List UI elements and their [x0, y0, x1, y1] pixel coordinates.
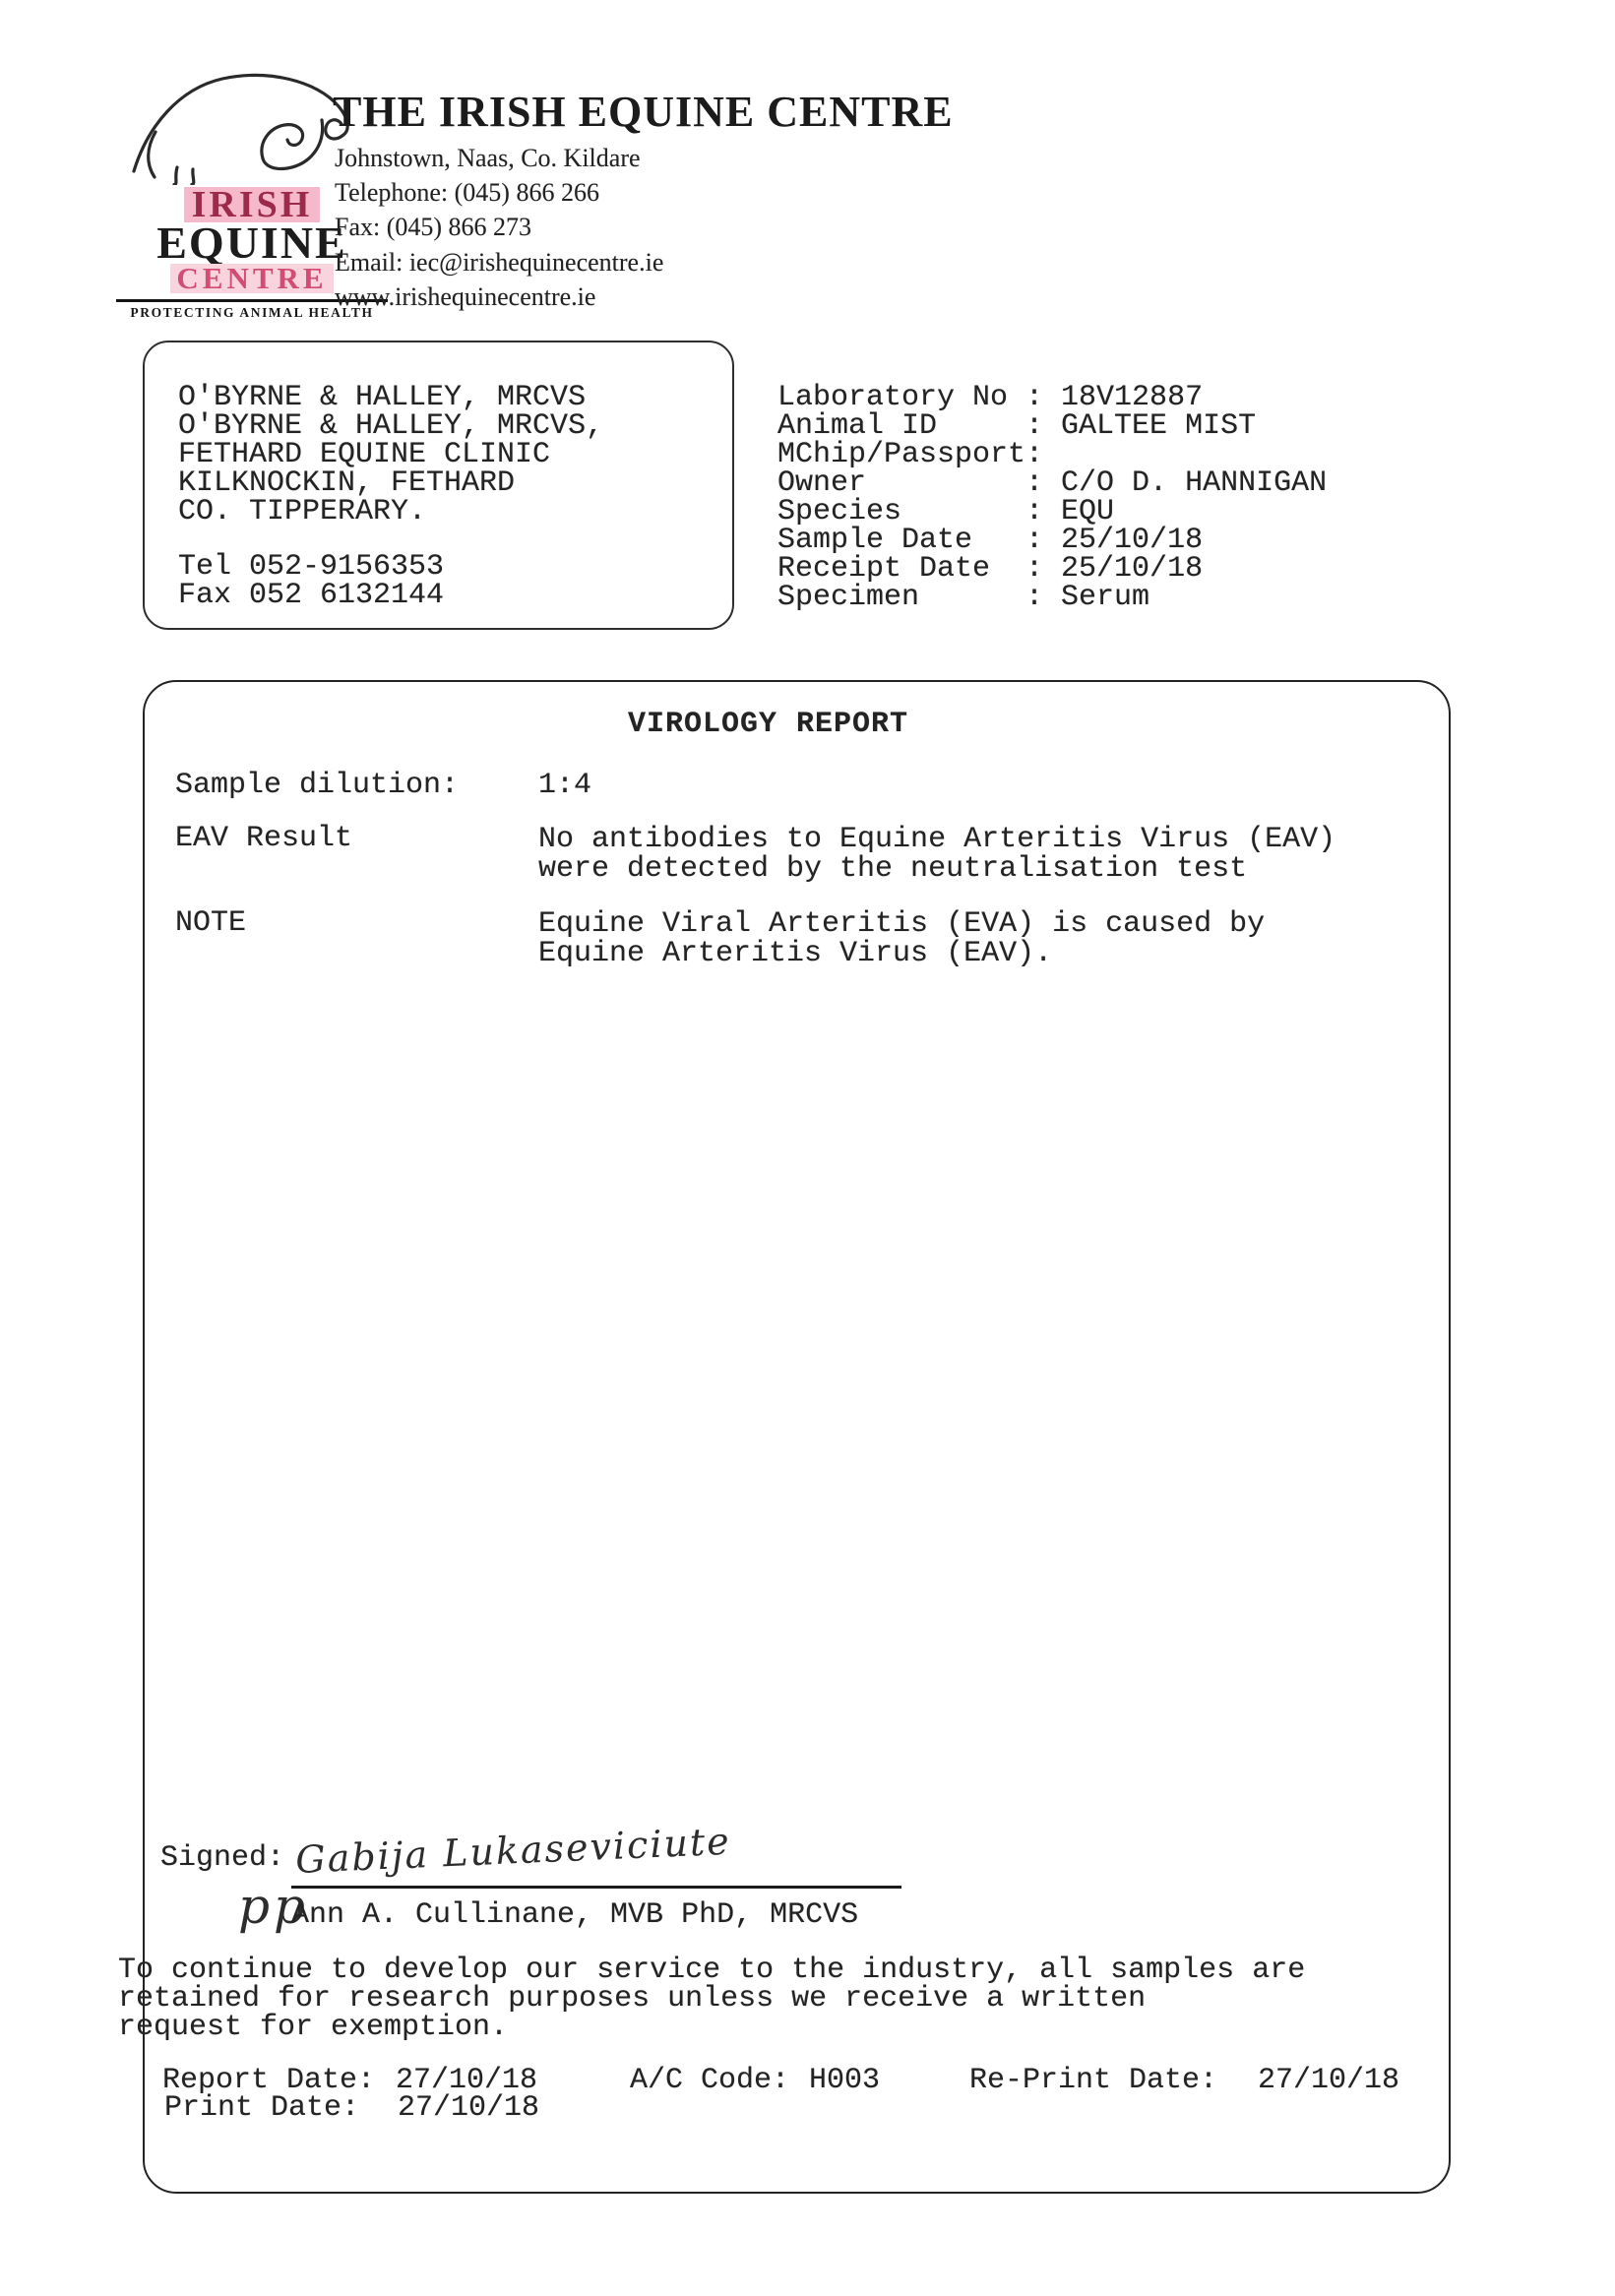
- disclaimer-line: To continue to develop our service to th…: [118, 1956, 1305, 1985]
- signatory-name-line: Ann A. Cullinane, MVB PhD, MRCVS: [291, 1901, 858, 1930]
- specimen-row: Specimen : Serum: [777, 584, 1149, 612]
- receipt-date-row: Receipt Date : 25/10/18: [777, 555, 1203, 584]
- client-address-line: FETHARD EQUINE CLINIC: [178, 441, 550, 469]
- disclaimer-line: request for exemption.: [118, 2014, 508, 2042]
- ac-code-label: A/C Code:: [630, 2067, 789, 2095]
- disclaimer-line: retained for research purposes unless we…: [118, 1985, 1146, 2014]
- note-row: NOTE Equine Viral Arteritis (EVA) is cau…: [175, 909, 1265, 968]
- client-address-line: KILKNOCKIN, FETHARD: [178, 469, 515, 498]
- print-date-label: Print Date:: [164, 2094, 359, 2123]
- org-address-line: Johnstown, Naas, Co. Kildare: [335, 144, 641, 173]
- species-row: Species : EQU: [777, 498, 1114, 527]
- org-email-line: Email: iec@irishequinecentre.ie: [335, 248, 663, 278]
- lab-number-row: Laboratory No : 18V12887: [777, 384, 1203, 412]
- organisation-name: THE IRISH EQUINE CENTRE: [333, 87, 954, 137]
- animal-id-row: Animal ID : GALTEE MIST: [777, 412, 1256, 441]
- note-text-line: Equine Viral Arteritis (EVA) is caused b…: [538, 909, 1265, 939]
- print-date-value: 27/10/18: [398, 2094, 539, 2123]
- org-website-line: www.irishequinecentre.ie: [335, 282, 595, 312]
- eav-result-text-line: No antibodies to Equine Arteritis Virus …: [538, 825, 1335, 854]
- ac-code-value: H003: [809, 2067, 880, 2095]
- org-fax-line: Fax: (045) 866 273: [335, 213, 531, 242]
- signed-label: Signed:: [160, 1844, 284, 1873]
- sample-date-row: Sample Date : 25/10/18: [777, 527, 1203, 555]
- client-address-line: CO. TIPPERARY.: [178, 498, 426, 527]
- mchip-passport-row: MChip/Passport:: [777, 441, 1043, 469]
- client-tel-line: Tel 052-9156353: [178, 553, 444, 582]
- note-text-line: Equine Arteritis Virus (EAV).: [538, 939, 1265, 968]
- eav-result-label: EAV Result: [175, 825, 538, 884]
- sample-dilution-row: Sample dilution: 1:4: [175, 772, 591, 800]
- virology-report-page: IRISH EQUINE CENTRE PROTECTING ANIMAL HE…: [0, 0, 1615, 2296]
- client-address-line: O'BYRNE & HALLEY, MRCVS: [178, 384, 586, 412]
- reprint-date-label: Re-Print Date:: [969, 2067, 1217, 2095]
- client-fax-line: Fax 052 6132144: [178, 582, 444, 610]
- org-telephone-line: Telephone: (045) 866 266: [335, 178, 599, 208]
- reprint-date-value: 27/10/18: [1258, 2067, 1399, 2095]
- sample-dilution-label: Sample dilution:: [175, 772, 538, 800]
- note-label: NOTE: [175, 909, 538, 968]
- client-address-line: O'BYRNE & HALLEY, MRCVS,: [178, 412, 603, 441]
- owner-row: Owner : C/O D. HANNIGAN: [777, 469, 1327, 498]
- logo-word-centre: CENTRE: [170, 264, 333, 293]
- eav-result-text-line: were detected by the neutralisation test: [538, 854, 1335, 884]
- sample-dilution-value: 1:4: [538, 772, 591, 800]
- signature-underline: [291, 1886, 901, 1889]
- report-title: VIROLOGY REPORT: [628, 711, 908, 739]
- eav-result-row: EAV Result No antibodies to Equine Arter…: [175, 825, 1335, 884]
